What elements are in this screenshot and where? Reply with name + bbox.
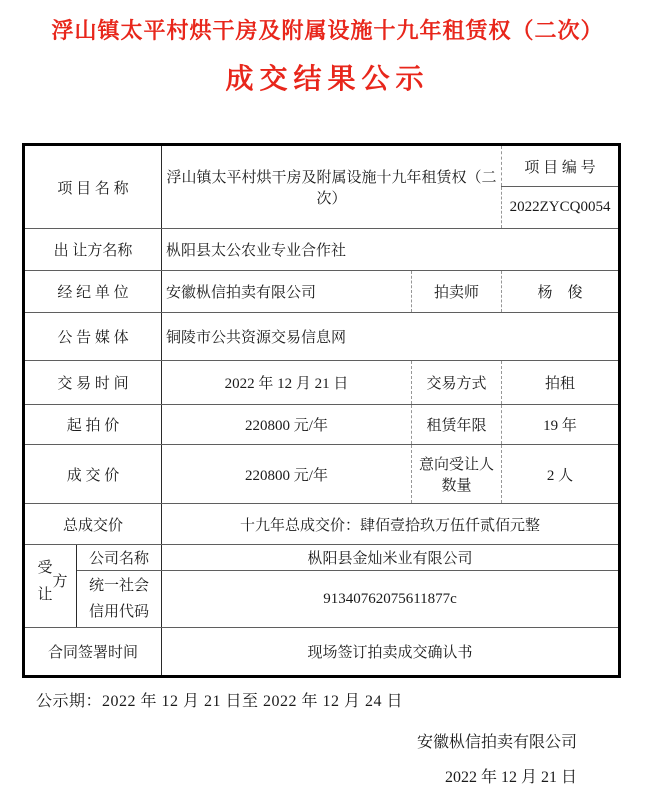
document-subtitle: 浮山镇太平村烘干房及附属设施十九年租赁权（二次） xyxy=(0,16,655,46)
bidder-count-value: 2 人 xyxy=(502,445,620,504)
media-label: 公 告 媒 体 xyxy=(24,313,162,361)
credit-code-label-text: 统一社会 信用代码 xyxy=(83,573,155,625)
agency-label: 经 纪 单 位 xyxy=(24,271,162,313)
total-price-label: 总成交价 xyxy=(24,504,162,545)
agency-value: 安徽枞信拍卖有限公司 xyxy=(162,271,412,313)
transferee-label: 受让方 xyxy=(24,545,77,628)
lease-term-value: 19 年 xyxy=(502,405,620,445)
company-name-value: 枞阳县金灿米业有限公司 xyxy=(162,545,620,571)
project-name-label: 项 目 名 称 xyxy=(24,145,162,229)
project-number-label: 项 目 编 号 xyxy=(502,145,620,187)
company-name-label: 公司名称 xyxy=(77,545,162,571)
project-number-value: 2022ZYCQ0054 xyxy=(502,187,620,229)
media-value: 铜陵市公共资源交易信息网 xyxy=(162,313,620,361)
trade-mode-label: 交易方式 xyxy=(412,361,502,405)
project-name-value: 浮山镇太平村烘干房及附属设施十九年租赁权（二次） xyxy=(162,145,502,229)
document-footer: 公示期：2022 年 12 月 21 日至 2022 年 12 月 24 日 安… xyxy=(0,688,655,787)
transferor-label: 出 让方名称 xyxy=(24,229,162,271)
transferor-value: 枞阳县太公农业专业合作社 xyxy=(162,229,620,271)
contract-sign-label: 合同签署时间 xyxy=(24,628,162,677)
total-price-value: 十九年总成交价：肆佰壹拾玖万伍仟贰佰元整 xyxy=(162,504,620,545)
credit-code-value: 91340762075611877c xyxy=(162,571,620,628)
signature-company: 安徽枞信拍卖有限公司 xyxy=(0,729,655,752)
start-price-label: 起 拍 价 xyxy=(24,405,162,445)
bidder-count-label: 意向受让人数量 xyxy=(412,445,502,504)
result-table: 项 目 名 称 浮山镇太平村烘干房及附属设施十九年租赁权（二次） 项 目 编 号… xyxy=(22,143,621,678)
publicity-period: 公示期：2022 年 12 月 21 日至 2022 年 12 月 24 日 xyxy=(0,688,655,711)
trade-time-label: 交 易 时 间 xyxy=(24,361,162,405)
lease-term-label: 租赁年限 xyxy=(412,405,502,445)
credit-code-label: 统一社会 信用代码 xyxy=(77,571,162,628)
signature-date: 2022 年 12 月 21 日 xyxy=(0,764,655,787)
deal-price-value: 220800 元/年 xyxy=(162,445,412,504)
transferee-label-text: 受让方 xyxy=(36,547,66,625)
document-page: 浮山镇太平村烘干房及附属设施十九年租赁权（二次） 成交结果公示 项 目 名 称 … xyxy=(0,0,655,789)
contract-sign-value: 现场签订拍卖成交确认书 xyxy=(162,628,620,677)
deal-price-label: 成 交 价 xyxy=(24,445,162,504)
auctioneer-value: 杨 俊 xyxy=(502,271,620,313)
page-title: 成交结果公示 xyxy=(0,60,655,100)
trade-time-value: 2022 年 12 月 21 日 xyxy=(162,361,412,405)
start-price-value: 220800 元/年 xyxy=(162,405,412,445)
auctioneer-label: 拍卖师 xyxy=(412,271,502,313)
trade-mode-value: 拍租 xyxy=(502,361,620,405)
